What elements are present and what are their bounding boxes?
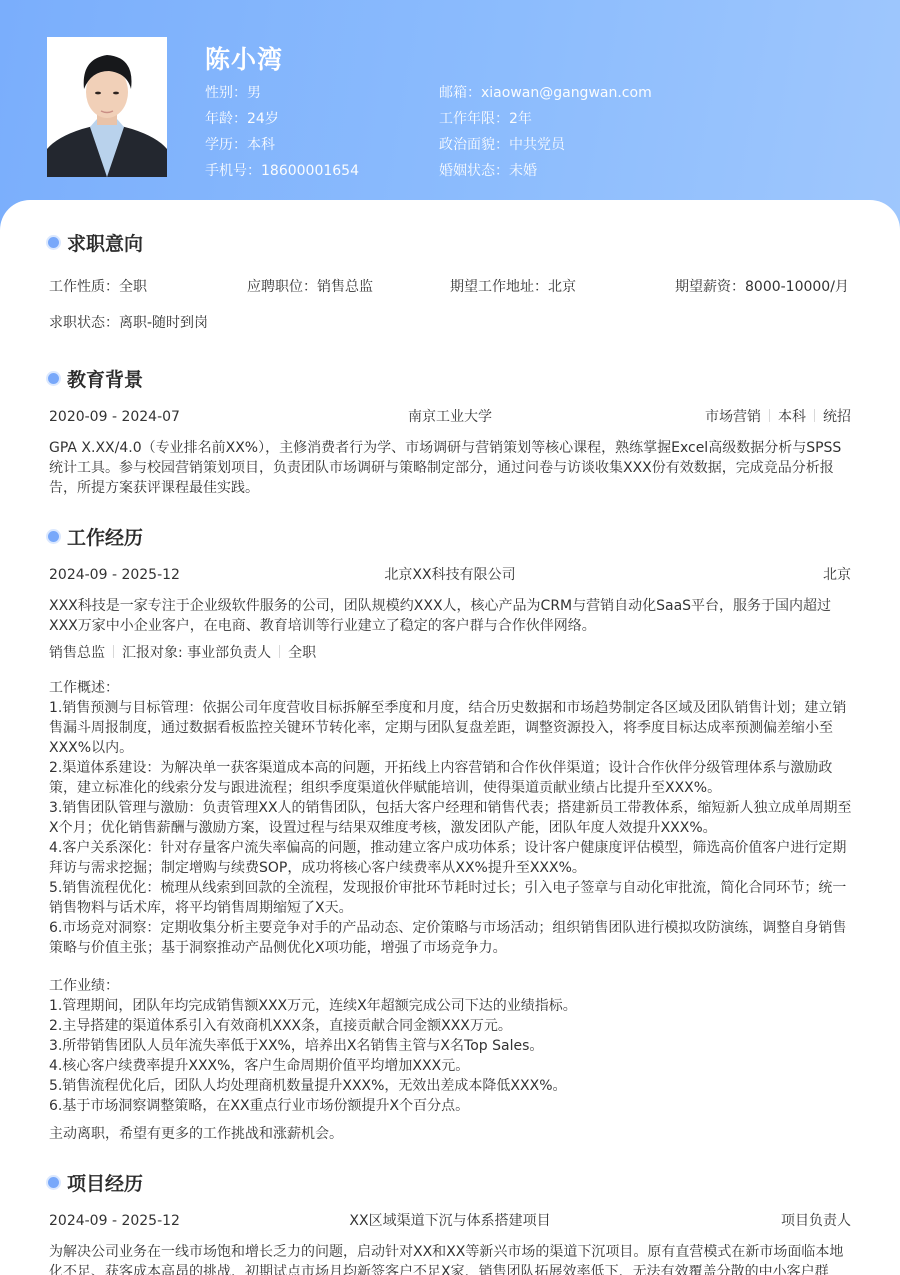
education-degree: 本科 — [778, 409, 806, 425]
overview-label: 工作概述： — [49, 678, 855, 698]
bullet-dot-icon — [48, 1177, 59, 1188]
info-value: 18600001654 — [261, 163, 359, 179]
leave-reason-text: 主动离职，希望有更多的工作挑战和涨薪机会。 — [49, 1124, 855, 1144]
profile-photo — [47, 37, 167, 177]
intent-label: 期望工作地址： — [450, 279, 548, 295]
company-intro-text: XXX科技是一家专注于企业级软件服务的公司，团队规模约XXX人，核心产品为CRM… — [49, 596, 855, 636]
project-description-text: 为解决公司业务在一线市场饱和增长乏力的问题，启动针对XX和XX等新兴市场的渠道下… — [49, 1242, 855, 1275]
intent-salary: 期望薪资：8000-10000/月 — [675, 276, 849, 296]
intent-value: 销售总监 — [317, 279, 373, 295]
achievements-label: 工作业绩： — [49, 976, 855, 996]
intent-value: 8000-10000/月 — [745, 279, 849, 295]
project-description: 为解决公司业务在一线市场饱和增长乏力的问题，启动针对XX和XX等新兴市场的渠道下… — [49, 1242, 855, 1275]
divider — [113, 645, 114, 658]
work-company: 北京XX科技有限公司 — [49, 565, 851, 585]
divider — [279, 645, 280, 658]
info-value: 24岁 — [247, 111, 279, 127]
person-photo-icon — [47, 37, 167, 177]
info-label: 婚姻状态： — [439, 163, 509, 179]
intent-label: 求职状态： — [49, 315, 119, 331]
intent-value: 离职-随时到岗 — [119, 315, 208, 331]
info-phone: 手机号：18600001654 — [205, 161, 359, 187]
info-gender: 性别：男 — [205, 83, 359, 109]
info-label: 邮箱： — [439, 85, 481, 101]
section-heading: 工作经历 — [67, 523, 143, 550]
candidate-name: 陈小湾 — [205, 40, 283, 76]
achievement-item: 6.基于市场洞察调整策略，在XX重点行业市场份额提升X个百分点。 — [49, 1096, 855, 1116]
achievement-item: 2.主导搭建的渠道体系引入有效商机XXX条，直接贡献合同金额XXX万元。 — [49, 1016, 855, 1036]
info-value: 男 — [247, 85, 261, 101]
intent-label: 期望薪资： — [675, 279, 745, 295]
work-tags-row: 销售总监汇报对象: 事业部负责人全职 — [49, 643, 851, 663]
education-enrollment: 统招 — [823, 409, 851, 425]
intent-location: 期望工作地址：北京 — [450, 276, 576, 296]
section-heading: 求职意向 — [67, 229, 143, 256]
info-label: 性别： — [205, 85, 247, 101]
achievement-item: 3.所带销售团队人员年流失率低于XX%，培养出X名销售主管与X名Top Sale… — [49, 1036, 855, 1056]
info-value: 本科 — [247, 137, 275, 153]
work-overview: 工作概述： 1.销售预测与目标管理：依据公司年度营收目标拆解至季度和月度，结合历… — [49, 678, 855, 958]
bullet-dot-icon — [48, 237, 59, 248]
info-label: 年龄： — [205, 111, 247, 127]
intent-label: 应聘职位： — [247, 279, 317, 295]
project-header-row: 2024-09 - 2025-12 XX区域渠道下沉与体系搭建项目 项目负责人 — [49, 1211, 851, 1231]
work-company-intro: XXX科技是一家专注于企业级软件服务的公司，团队规模约XXX人，核心产品为CRM… — [49, 596, 855, 636]
divider — [769, 409, 770, 422]
intent-value: 北京 — [548, 279, 576, 295]
basic-info-left: 性别：男 年龄：24岁 学历：本科 手机号：18600001654 — [205, 83, 359, 187]
work-achievements: 工作业绩： 1.管理期间，团队年均完成销售额XXX万元，连续X年超额完成公司下达… — [49, 976, 855, 1116]
info-value: 中共党员 — [509, 137, 565, 153]
divider — [814, 409, 815, 422]
info-label: 学历： — [205, 137, 247, 153]
work-reports-to: 汇报对象: 事业部负责人 — [122, 645, 271, 661]
intent-job-type: 工作性质：全职 — [49, 276, 147, 296]
work-header-row: 2024-09 - 2025-12 北京XX科技有限公司 北京 — [49, 565, 851, 585]
info-label: 工作年限： — [439, 111, 509, 127]
education-header-row: 2020-09 - 2024-07 南京工业大学 市场营销本科统招 — [49, 407, 851, 427]
education-tags: 市场营销本科统招 — [705, 407, 851, 427]
intent-status: 求职状态：离职-随时到岗 — [49, 312, 208, 332]
overview-item: 1.销售预测与目标管理：依据公司年度营收目标拆解至季度和月度，结合历史数据和市场… — [49, 698, 855, 758]
info-value: 未婚 — [509, 163, 537, 179]
education-major: 市场营销 — [705, 409, 761, 425]
info-label: 政治面貌： — [439, 137, 509, 153]
basic-info-right: 邮箱：xiaowan@gangwan.com 工作年限：2年 政治面貌：中共党员… — [439, 83, 652, 187]
section-title-work: 工作经历 — [48, 523, 143, 549]
section-title-job-intent: 求职意向 — [48, 229, 143, 255]
overview-item: 6.市场竞对洞察：定期收集分析主要竞争对手的产品动态、定价策略与市场活动；组织销… — [49, 918, 855, 958]
intent-value: 全职 — [119, 279, 147, 295]
section-title-project: 项目经历 — [48, 1169, 143, 1195]
project-role: 项目负责人 — [781, 1211, 851, 1231]
section-heading: 项目经历 — [67, 1169, 143, 1196]
work-leave-reason: 主动离职，希望有更多的工作挑战和涨薪机会。 — [49, 1124, 855, 1144]
education-description-text: GPA X.XX/4.0（专业排名前XX%），主修消费者行为学、市场调研与营销策… — [49, 438, 855, 498]
project-name: XX区域渠道下沉与体系搭建项目 — [49, 1211, 851, 1231]
achievement-item: 4.核心客户续费率提升XXX%，客户生命周期价值平均增加XXX元。 — [49, 1056, 855, 1076]
info-marital-status: 婚姻状态：未婚 — [439, 161, 652, 187]
section-heading: 教育背景 — [67, 365, 143, 392]
overview-item: 5.销售流程优化：梳理从线索到回款的全流程，发现报价审批环节耗时过长；引入电子签… — [49, 878, 855, 918]
info-email: 邮箱：xiaowan@gangwan.com — [439, 83, 652, 109]
bullet-dot-icon — [48, 531, 59, 542]
info-education: 学历：本科 — [205, 135, 359, 161]
info-value: xiaowan@gangwan.com — [481, 85, 652, 101]
achievement-item: 5.销售流程优化后，团队人均处理商机数量提升XXX%，无效出差成本降低XXX%。 — [49, 1076, 855, 1096]
info-value: 2年 — [509, 111, 532, 127]
info-work-years: 工作年限：2年 — [439, 109, 652, 135]
overview-item: 2.渠道体系建设：为解决单一获客渠道成本高的问题，开拓线上内容营销和合作伙伴渠道… — [49, 758, 855, 798]
info-political-status: 政治面貌：中共党员 — [439, 135, 652, 161]
bullet-dot-icon — [48, 373, 59, 384]
work-employment-type: 全职 — [288, 645, 316, 661]
achievement-item: 1.管理期间，团队年均完成销售额XXX万元，连续X年超额完成公司下达的业绩指标。 — [49, 996, 855, 1016]
section-title-education: 教育背景 — [48, 365, 143, 391]
overview-item: 4.客户关系深化：针对存量客户流失率偏高的问题，推动建立客户成功体系；设计客户健… — [49, 838, 855, 878]
overview-item: 3.销售团队管理与激励：负责管理XX人的销售团队，包括大客户经理和销售代表；搭建… — [49, 798, 855, 838]
education-description: GPA X.XX/4.0（专业排名前XX%），主修消费者行为学、市场调研与营销策… — [49, 438, 855, 498]
info-label: 手机号： — [205, 163, 261, 179]
intent-label: 工作性质： — [49, 279, 119, 295]
work-title: 销售总监 — [49, 645, 105, 661]
intent-position: 应聘职位：销售总监 — [247, 276, 373, 296]
info-age: 年龄：24岁 — [205, 109, 359, 135]
work-location: 北京 — [823, 565, 851, 585]
